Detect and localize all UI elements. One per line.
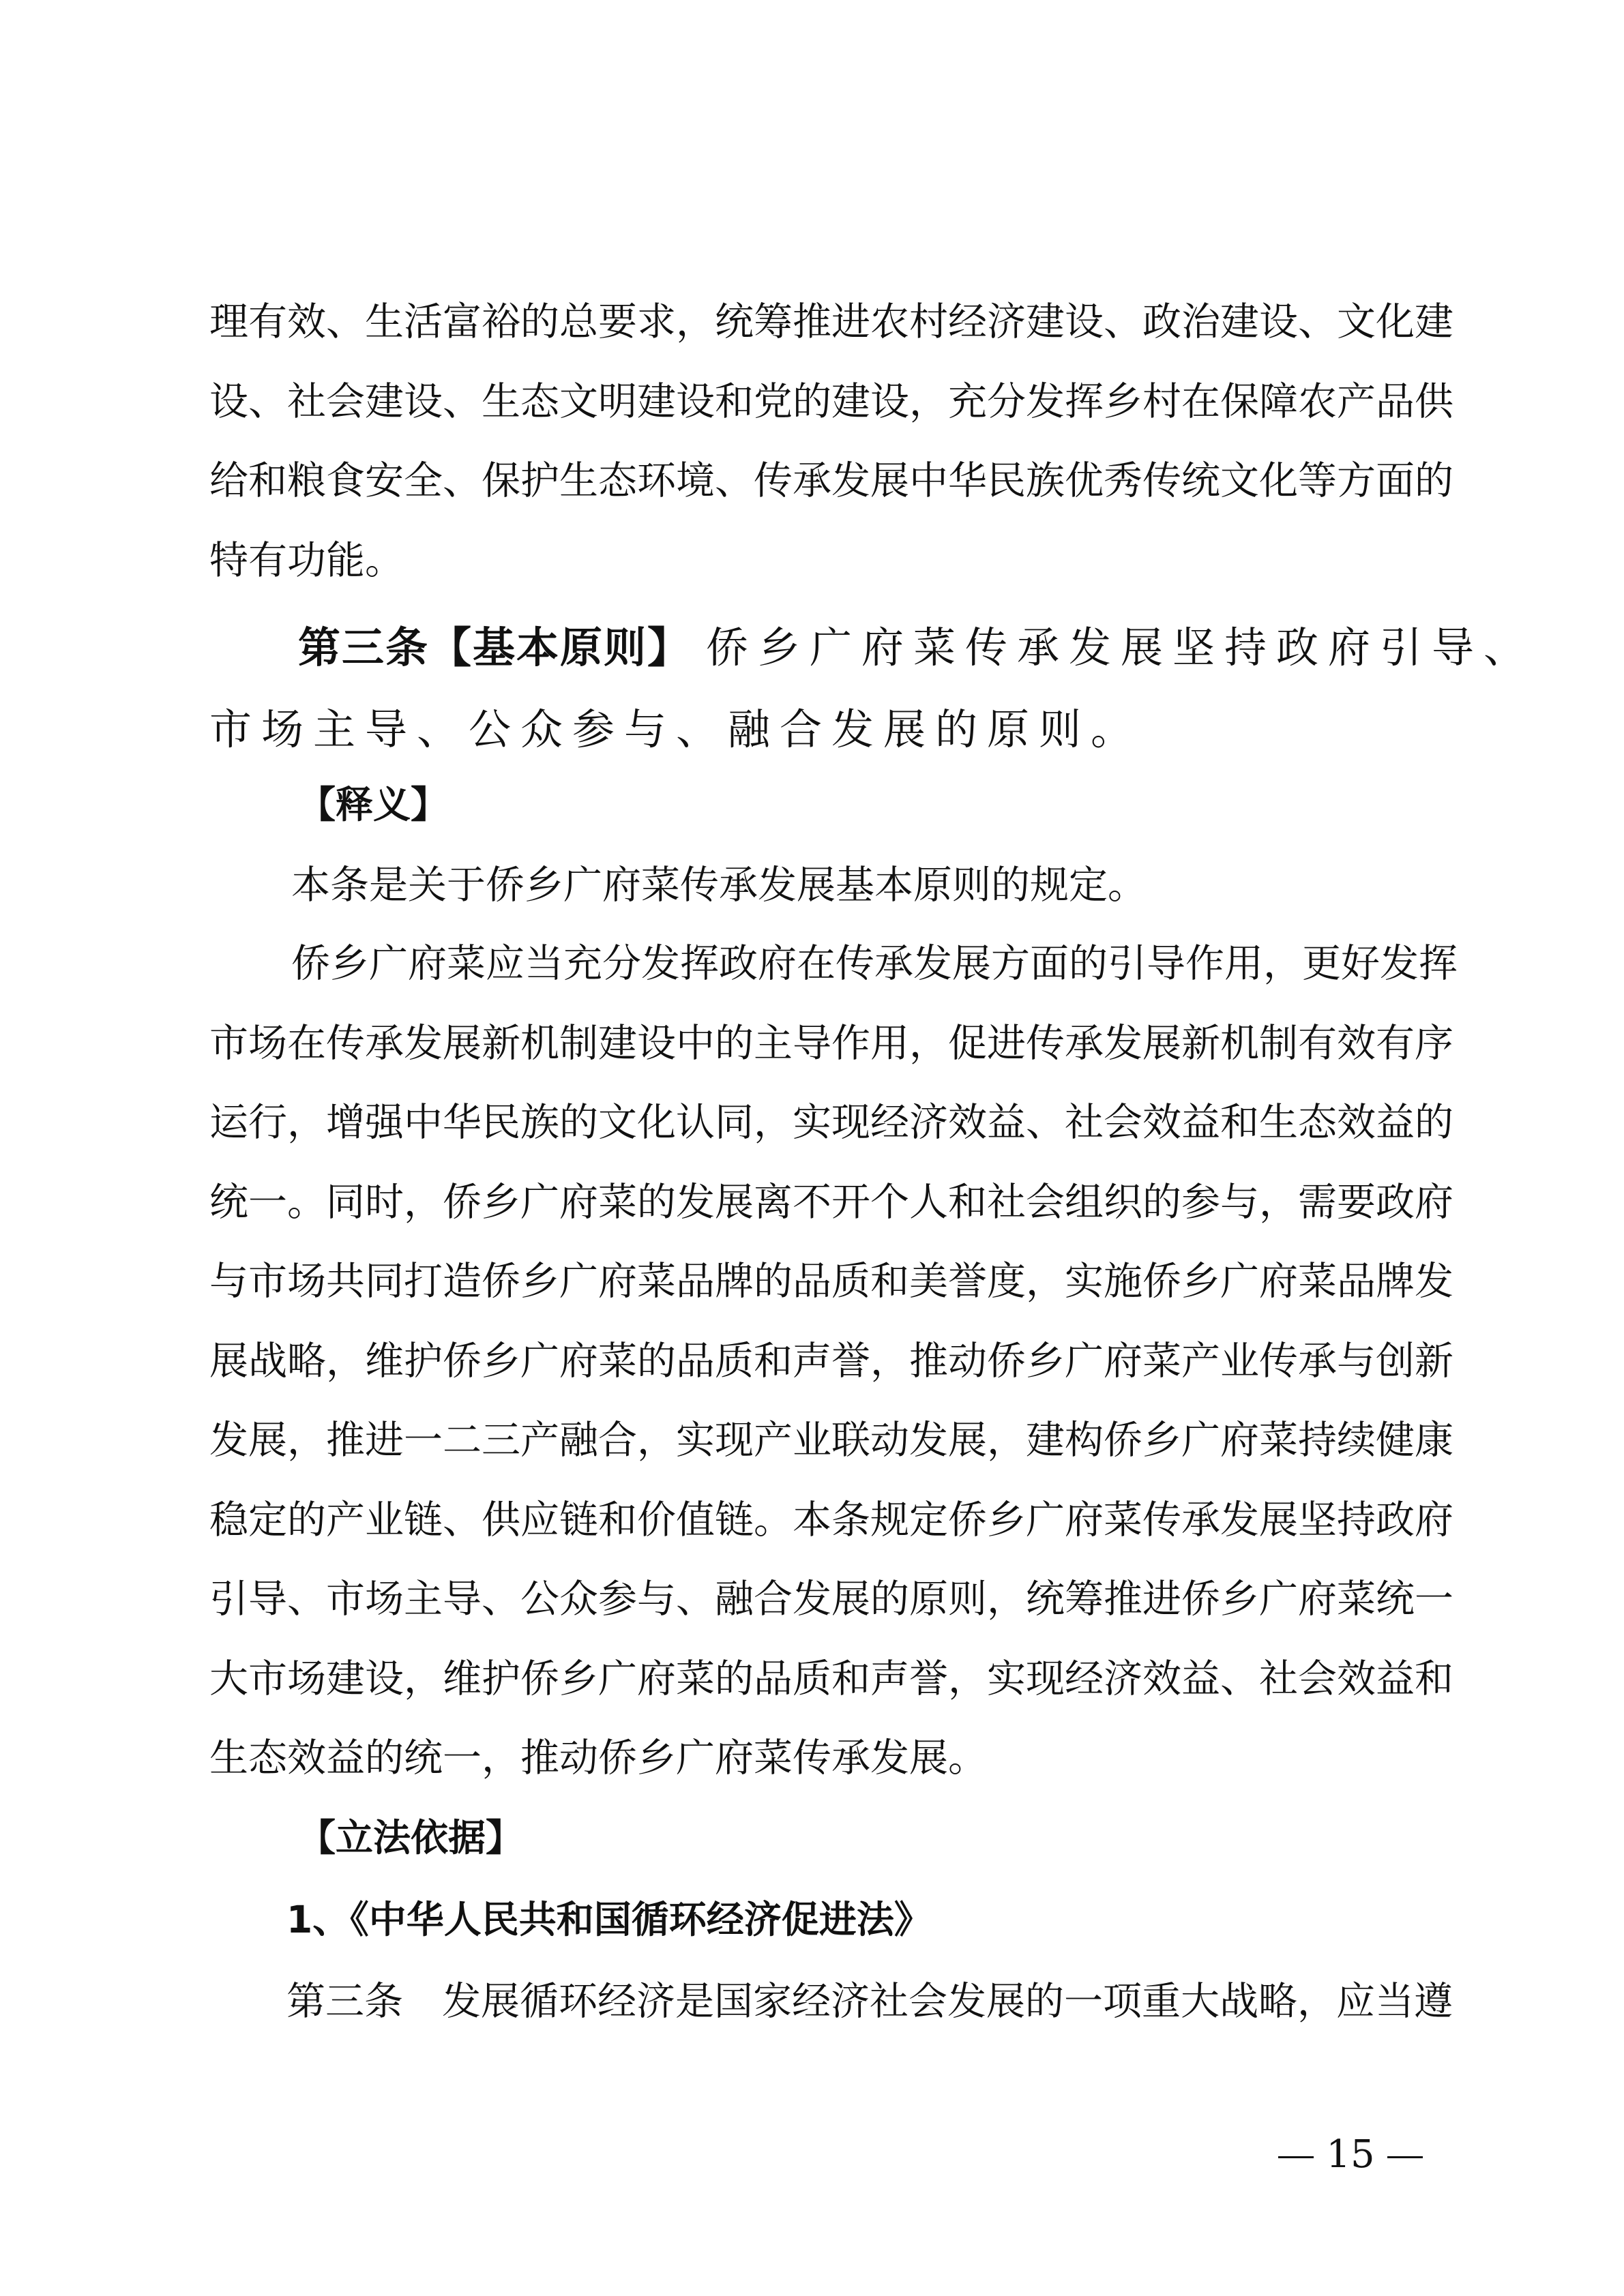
page-number: 15: [1262, 2128, 1439, 2182]
dash-decoration: [1387, 2156, 1423, 2158]
page-number-value: 15: [1326, 2132, 1374, 2177]
interpretation-line: 与市场共同打造侨乡广府菜品牌的品质和美誉度，实施侨乡广府菜品牌发: [209, 1254, 1417, 1309]
interpretation-line: 稳定的产业链、供应链和价值链。本条规定侨乡广府菜传承发展坚持政府: [209, 1493, 1417, 1547]
article-text: 侨乡广府菜传承发展坚持政府引导、: [706, 623, 1535, 672]
document-page: 理有效、生活富裕的总要求，统筹推进农村经济建设、政治建设、文化建 设、社会建设、…: [0, 0, 1624, 2296]
law-article-line: 第三条 发展循环经济是国家经济社会发展的一项重大战略，应当遵: [286, 1974, 1417, 2029]
intro-line: 设、社会建设、生态文明建设和党的建设，充分发挥乡村在保障农产品供: [209, 374, 1417, 429]
interpretation-heading: 【释义】: [298, 777, 448, 832]
interpretation-line: 侨乡广府菜应当充分发挥政府在传承发展方面的引导作用，更好发挥: [291, 936, 1417, 991]
interpretation-first-line: 本条是关于侨乡广府菜传承发展基本原则的规定。: [291, 858, 1417, 912]
interpretation-line: 引导、市场主导、公众参与、融合发展的原则，统筹推进侨乡广府菜统一: [209, 1572, 1417, 1626]
law-title: 1、《中华人民共和国循环经济促进法》: [286, 1892, 932, 1947]
dash-decoration: [1278, 2156, 1314, 2158]
interpretation-line: 市场在传承发展新机制建设中的主导作用，促进传承发展新机制有效有序: [209, 1016, 1417, 1071]
article-text-continuation: 市场主导、公众参与、融合发展的原则。: [209, 699, 1142, 760]
intro-line: 理有效、生活富裕的总要求，统筹推进农村经济建设、政治建设、文化建: [209, 295, 1417, 349]
interpretation-line: 大市场建设，维护侨乡广府菜的品质和声誉，实现经济效益、社会效益和: [209, 1652, 1417, 1706]
interpretation-line: 统一。同时，侨乡广府菜的发展离不开个人和社会组织的参与，需要政府: [209, 1175, 1417, 1229]
intro-line: 特有功能。: [209, 533, 1417, 588]
interpretation-line: 运行，增强中华民族的文化认同，实现经济效益、社会效益和生态效益的: [209, 1095, 1417, 1150]
article-label: 第三条【基本原则】: [298, 623, 691, 672]
interpretation-line: 展战略，维护侨乡广府菜的品质和声誉，推动侨乡广府菜产业传承与创新: [209, 1334, 1417, 1388]
article-heading: 第三条【基本原则】侨乡广府菜传承发展坚持政府引导、: [298, 617, 1389, 679]
legislative-basis-heading: 【立法依据】: [298, 1810, 523, 1865]
interpretation-line: 生态效益的统一，推动侨乡广府菜传承发展。: [209, 1731, 1417, 1785]
interpretation-line: 发展，推进一二三产融合，实现产业联动发展，建构侨乡广府菜持续健康: [209, 1413, 1417, 1467]
intro-line: 给和粮食安全、保护生态环境、传承发展中华民族优秀传统文化等方面的: [209, 453, 1417, 508]
